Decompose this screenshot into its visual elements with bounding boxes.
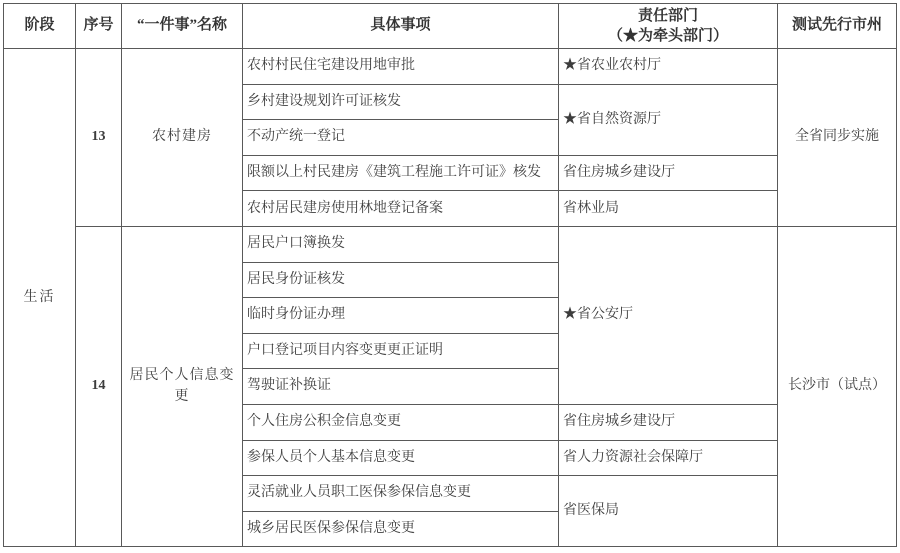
item-cell: 限额以上村民建房《建筑工程施工许可证》核发 <box>243 155 559 191</box>
department-cell: 省人力资源社会保障厅 <box>559 440 778 476</box>
item-cell: 灵活就业人员职工医保参保信息变更 <box>243 476 559 512</box>
item-cell: 临时身份证办理 <box>243 298 559 334</box>
item-cell: 参保人员个人基本信息变更 <box>243 440 559 476</box>
item-cell: 户口登记项目内容变更更正证明 <box>243 333 559 369</box>
group-name-cell: 农村建房 <box>122 49 243 227</box>
department-cell: ★省公安厅 <box>559 226 778 404</box>
pilot-cell: 长沙市（试点） <box>778 226 897 546</box>
stage-cell: 生活 <box>4 49 76 547</box>
department-header-line1: 责任部门 <box>563 6 773 26</box>
department-cell: 省住房城乡建设厅 <box>559 404 778 440</box>
department-cell: 省医保局 <box>559 476 778 547</box>
item-cell: 驾驶证补换证 <box>243 369 559 405</box>
item-cell: 乡村建设规划许可证核发 <box>243 84 559 120</box>
item-cell: 居民身份证核发 <box>243 262 559 298</box>
item-cell: 不动产统一登记 <box>243 120 559 156</box>
group-name-cell: 居民个人信息变更 <box>122 226 243 546</box>
item-cell: 城乡居民医保参保信息变更 <box>243 511 559 547</box>
department-cell: 省住房城乡建设厅 <box>559 155 778 191</box>
header-row: 阶段 序号 “一件事”名称 具体事项 责任部门 （★为牵头部门） 测试先行市州 <box>4 4 897 49</box>
department-cell: ★省自然资源厅 <box>559 84 778 155</box>
header-cell-name: “一件事”名称 <box>122 4 243 49</box>
header-cell-department: 责任部门 （★为牵头部门） <box>559 4 778 49</box>
item-cell: 农村居民建房使用林地登记备案 <box>243 191 559 227</box>
header-cell-number: 序号 <box>76 4 122 49</box>
item-cell: 居民户口簿换发 <box>243 226 559 262</box>
group-number-cell: 14 <box>76 226 122 546</box>
document-page: 阶段 序号 “一件事”名称 具体事项 责任部门 （★为牵头部门） 测试先行市州 … <box>0 0 900 553</box>
header-cell-stage: 阶段 <box>4 4 76 49</box>
group-number-cell: 13 <box>76 49 122 227</box>
one-thing-matters-table: 阶段 序号 “一件事”名称 具体事项 责任部门 （★为牵头部门） 测试先行市州 … <box>3 3 897 547</box>
pilot-cell: 全省同步实施 <box>778 49 897 227</box>
table-row: 14 居民个人信息变更 居民户口簿换发 ★省公安厅 长沙市（试点） <box>4 226 897 262</box>
department-cell: 省林业局 <box>559 191 778 227</box>
item-cell: 农村村民住宅建设用地审批 <box>243 49 559 85</box>
department-cell: ★省农业农村厅 <box>559 49 778 85</box>
header-cell-item: 具体事项 <box>243 4 559 49</box>
department-header-line2: （★为牵头部门） <box>563 26 773 46</box>
header-cell-pilot: 测试先行市州 <box>778 4 897 49</box>
table-row: 生活 13 农村建房 农村村民住宅建设用地审批 ★省农业农村厅 全省同步实施 <box>4 49 897 85</box>
item-cell: 个人住房公积金信息变更 <box>243 404 559 440</box>
